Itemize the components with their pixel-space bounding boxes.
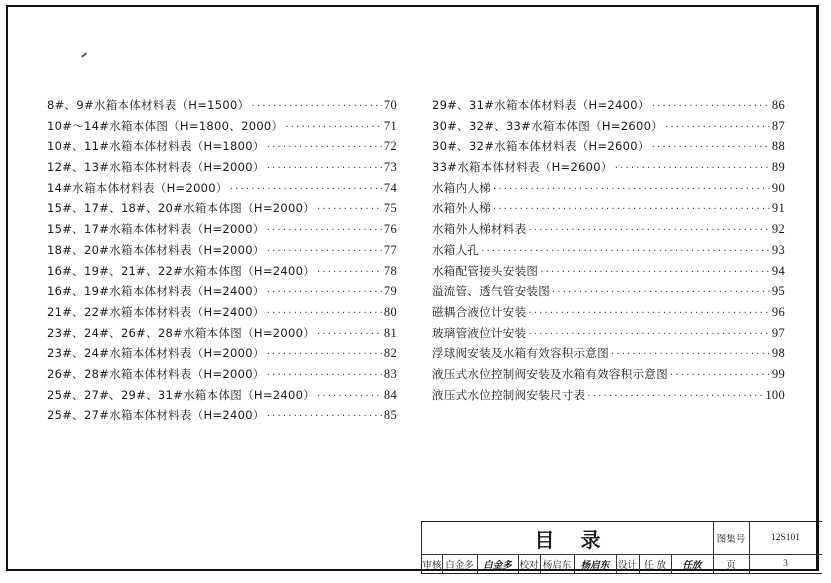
toc-entry: 25#、27#、29#、31#水箱本体图（H=2400）84 [47, 387, 397, 408]
proof-label: 校对 [518, 554, 540, 574]
leader-dots [652, 101, 770, 112]
leader-dots [251, 101, 381, 112]
proof-name: 杨启东 [540, 554, 574, 574]
toc-entry: 水箱内人梯90 [432, 180, 785, 201]
toc-entry: 溢流管、透气管安装图95 [432, 283, 785, 304]
title-block: 目录 图集号 12S101 审核 白金多 白金多 校对 杨启东 杨启东 设计 任… [421, 521, 822, 574]
leader-dots [230, 184, 382, 195]
leader-dots [615, 163, 770, 174]
toc-entry: 10#、11#水箱本体材料表（H=1800）72 [47, 138, 397, 159]
toc-entry: 25#、27#水箱本体材料表（H=2400）85 [47, 407, 397, 428]
toc-entry: 26#、28#水箱本体材料表（H=2000）83 [47, 366, 397, 387]
toc-entry: 磁耦合液位计安装96 [432, 304, 785, 325]
leader-dots [528, 308, 769, 319]
toc-left-column: 8#、9#水箱本体材料表（H=1500）70 10#～14#水箱本体图（H=18… [47, 97, 397, 428]
toc-entry: 水箱外人梯91 [432, 200, 785, 221]
leader-dots [317, 204, 382, 215]
toc-entry: 液压式水位控制阀安装尺寸表100 [432, 387, 785, 408]
leader-dots [267, 163, 382, 174]
leader-dots [493, 204, 770, 215]
toc-entry: 12#、13#水箱本体材料表（H=2000）73 [47, 159, 397, 180]
review-signature: 白金多 [477, 554, 518, 574]
toc-entry: 浮球阀安装及水箱有效容积示意图98 [432, 345, 785, 366]
review-label: 审核 [422, 554, 442, 574]
toc-entry: 29#、31#水箱本体材料表（H=2400）86 [432, 97, 785, 118]
drawing-title: 目录 [422, 522, 713, 555]
toc-right-column: 29#、31#水箱本体材料表（H=2400）86 30#、32#、33#水箱本体… [432, 97, 785, 407]
leader-dots [611, 349, 770, 360]
leader-dots [267, 225, 382, 236]
design-signature: 任放 [671, 554, 713, 574]
leader-dots [587, 391, 763, 402]
proof-signature: 杨启东 [574, 554, 616, 574]
leader-dots [317, 391, 382, 402]
atlas-number-value: 12S101 [749, 522, 822, 554]
design-label: 设计 [616, 554, 639, 574]
leader-dots [267, 349, 382, 360]
leader-dots [267, 411, 382, 422]
leader-dots [267, 142, 382, 153]
page-value: 3 [749, 554, 822, 574]
page-label: 页 [713, 554, 749, 574]
leader-dots [285, 122, 382, 133]
toc-entry: 水箱人孔93 [432, 242, 785, 263]
leader-dots [665, 122, 770, 133]
atlas-number-label: 图集号 [713, 522, 749, 554]
toc-entry: 18#、20#水箱本体材料表（H=2000）77 [47, 242, 397, 263]
toc-entry: 玻璃管液位计安装97 [432, 325, 785, 346]
toc-entry: 33#水箱本体材料表（H=2600）89 [432, 159, 785, 180]
toc-entry: 30#、32#、33#水箱本体图（H=2600）87 [432, 118, 785, 139]
toc-entry: 15#、17#水箱本体材料表（H=2000）76 [47, 221, 397, 242]
toc-entry: 液压式水位控制阀安装及水箱有效容积示意图99 [432, 366, 785, 387]
toc-entry: 16#、19#、21#、22#水箱本体图（H=2400）78 [47, 263, 397, 284]
leader-dots [528, 225, 769, 236]
toc-entry: 8#、9#水箱本体材料表（H=1500）70 [47, 97, 397, 118]
toc-entry: 23#、24#、26#、28#水箱本体图（H=2000）81 [47, 325, 397, 346]
toc-entry: 15#、17#、18#、20#水箱本体图（H=2000）75 [47, 200, 397, 221]
leader-dots [670, 370, 770, 381]
toc-entry: 14#水箱本体材料表（H=2000）74 [47, 180, 397, 201]
leader-dots [267, 287, 382, 298]
leader-dots [652, 142, 770, 153]
leader-dots [540, 267, 770, 278]
design-name: 任 放 [639, 554, 671, 574]
toc-entry: 21#、22#水箱本体材料表（H=2400）80 [47, 304, 397, 325]
leader-dots [317, 329, 382, 340]
toc-entry: 16#、19#水箱本体材料表（H=2400）79 [47, 283, 397, 304]
toc-entry: 10#～14#水箱本体图（H=1800、2000）71 [47, 118, 397, 139]
leader-dots [481, 246, 770, 257]
toc-entry: 23#、24#水箱本体材料表（H=2000）82 [47, 345, 397, 366]
toc-entry: 水箱外人梯材料表92 [432, 221, 785, 242]
leader-dots [493, 184, 770, 195]
leader-dots [267, 246, 382, 257]
leader-dots [317, 267, 382, 278]
leader-dots [528, 329, 769, 340]
leader-dots [267, 370, 382, 381]
toc-entry: 30#、32#水箱本体材料表（H=2600）88 [432, 138, 785, 159]
review-name: 白金多 [442, 554, 477, 574]
leader-dots [267, 308, 382, 319]
toc-entry: 水箱配管接头安装图94 [432, 263, 785, 284]
leader-dots [552, 287, 770, 298]
